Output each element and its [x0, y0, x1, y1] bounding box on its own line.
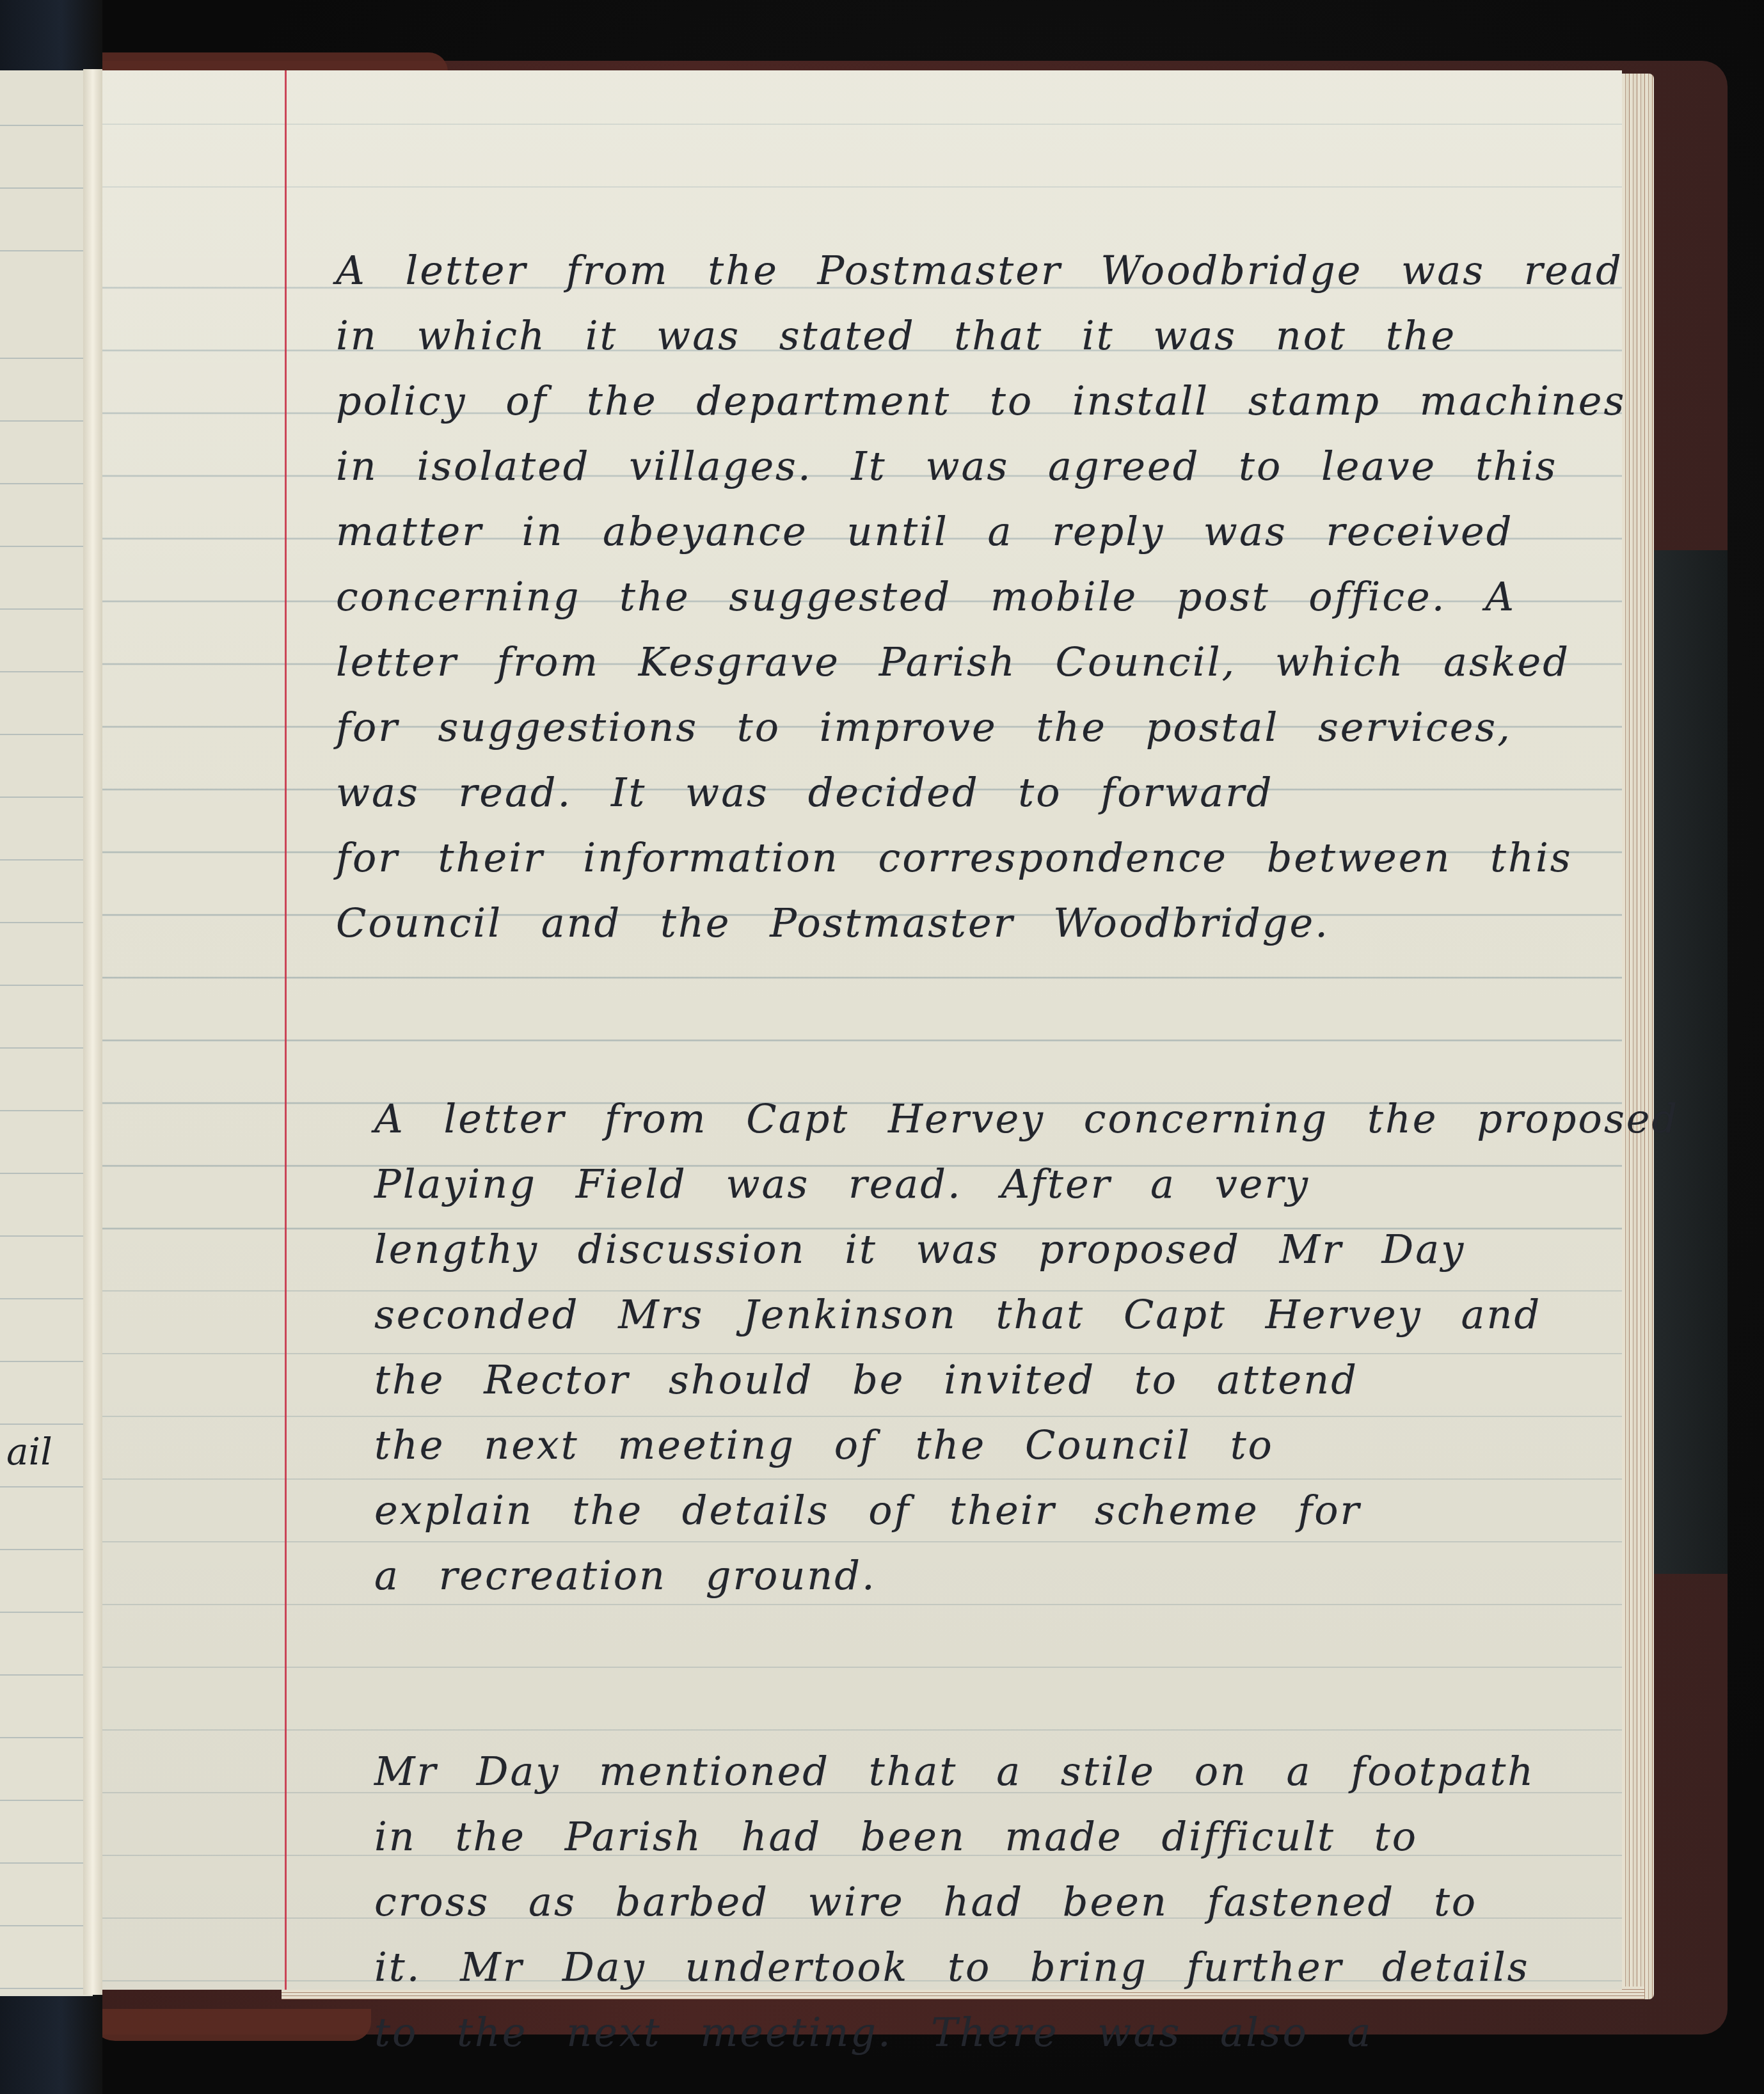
minutes-text: A letter from the Postmaster Woodbridge …	[336, 238, 1641, 2065]
paragraph-postmaster-letter: A letter from the Postmaster Woodbridge …	[336, 238, 1641, 956]
text-line: in which it was stated that it was not t…	[336, 303, 1641, 369]
page-gutter	[83, 69, 102, 1995]
text-line: Council and the Postmaster Woodbridge.	[336, 891, 1641, 956]
notebook-page: A letter from the Postmaster Woodbridge …	[93, 70, 1622, 1990]
text-line: A letter from Capt Hervey concerning the…	[374, 1086, 1641, 1152]
text-line: cross as barbed wire had been fastened t…	[374, 1869, 1641, 1935]
text-line: a recreation ground.	[374, 1543, 1641, 1608]
text-line: for suggestions to improve the postal se…	[336, 695, 1641, 760]
text-line: was read. It was decided to forward	[336, 760, 1641, 825]
cover-wear-bottom	[90, 2009, 371, 2041]
text-line: matter in abeyance until a reply was rec…	[336, 499, 1641, 564]
text-line: in the Parish had been made difficult to	[374, 1804, 1641, 1869]
red-margin-line	[285, 70, 287, 1990]
paragraph-spacer	[336, 1608, 1641, 1739]
text-line: seconded Mrs Jenkinson that Capt Hervey …	[374, 1282, 1641, 1347]
text-line: the Rector should be invited to attend	[374, 1347, 1641, 1413]
text-line: letter from Kesgrave Parish Council, whi…	[336, 630, 1641, 695]
text-line: explain the details of their scheme for	[374, 1478, 1641, 1543]
facing-page-left: ail	[0, 70, 93, 1996]
paragraph-footpath-stile: Mr Day mentioned that a stile on a footp…	[336, 1739, 1641, 2065]
text-line: the next meeting of the Council to	[374, 1413, 1641, 1478]
text-line: concerning the suggested mobile post off…	[336, 564, 1641, 630]
paragraph-spacer	[336, 956, 1641, 1086]
text-line: A letter from the Postmaster Woodbridge …	[336, 238, 1641, 303]
text-line: policy of the department to install stam…	[336, 369, 1641, 434]
paragraph-playing-field: A letter from Capt Hervey concerning the…	[336, 1086, 1641, 1608]
text-line: to the next meeting. There was also a	[374, 2000, 1641, 2065]
text-line: Mr Day mentioned that a stile on a footp…	[374, 1739, 1641, 1804]
text-line: lengthy discussion it was proposed Mr Da…	[374, 1217, 1641, 1282]
book-cover-edge-right	[1654, 550, 1728, 1574]
text-line: it. Mr Day undertook to bring further de…	[374, 1935, 1641, 2000]
text-line: Playing Field was read. After a very	[374, 1152, 1641, 1217]
facing-page-text-fragment: ail	[6, 1430, 52, 1473]
text-line: for their information correspondence bet…	[336, 825, 1641, 891]
text-line: in isolated villages. It was agreed to l…	[336, 434, 1641, 499]
